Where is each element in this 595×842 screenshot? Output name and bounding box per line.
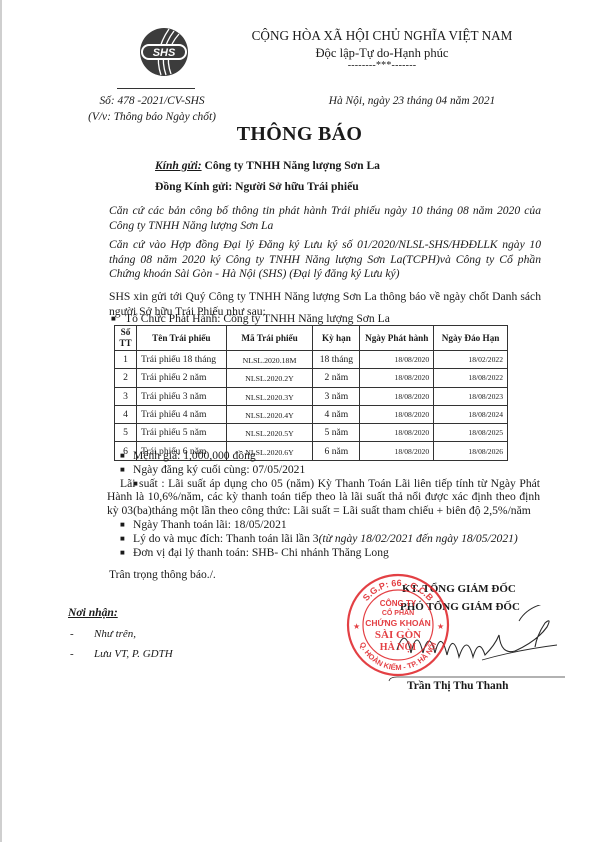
cell-maturity-date: 18/08/2025 — [434, 424, 508, 442]
table-row: 1 Trái phiếu 18 tháng NLSL.2020.18M 18 t… — [115, 351, 508, 369]
cell-issue-date: 18/08/2020 — [360, 369, 434, 387]
cell-code: NLSL.2020.18M — [226, 351, 313, 369]
cell-maturity-date: 18/08/2024 — [434, 405, 508, 423]
cell-code: NLSL.2020.2Y — [226, 369, 313, 387]
detail-face-value: ■ Mệnh giá: 1,000,000 đồng — [120, 449, 540, 463]
cell-maturity-date: 18/08/2023 — [434, 387, 508, 405]
svg-text:★: ★ — [437, 622, 444, 631]
receivers-label: Nơi nhận: — [68, 606, 118, 619]
bullet-icon: ■ — [120, 449, 125, 463]
svg-text:SÀI GÒN: SÀI GÒN — [375, 629, 421, 641]
receiver-item: -Lưu VT, P. GDTH — [70, 648, 173, 660]
cell-no: 2 — [115, 369, 137, 387]
recipient-label: Kính gửi: — [155, 159, 202, 172]
nation-heading: CỘNG HÒA XÃ HỘI CHỦ NGHĨA VIỆT NAM — [232, 27, 532, 45]
receiver-text: Như trên, — [94, 628, 136, 640]
recipient-line: Kính gửi: Công ty TNHH Năng lượng Sơn La — [155, 159, 380, 172]
cell-term: 5 năm — [313, 424, 360, 442]
cell-name: Trái phiếu 18 tháng — [136, 351, 226, 369]
detail-purpose: ■ Lý do và mục đích: Thanh toán lãi lần … — [120, 532, 540, 546]
cell-issue-date: 18/08/2020 — [360, 405, 434, 423]
cell-no: 1 — [115, 351, 137, 369]
cell-term: 3 năm — [313, 387, 360, 405]
bonds-table: Số TT Tên Trái phiếu Mã Trái phiếu Kỳ hạ… — [114, 325, 508, 461]
cell-term: 4 năm — [313, 405, 360, 423]
svg-text:SHS: SHS — [153, 47, 176, 59]
doc-header-left: Số: 478 -2021/CV-SHS (V/v: Thông báo Ngà… — [72, 93, 232, 125]
cell-name: Trái phiếu 3 năm — [136, 387, 226, 405]
cell-issue-date: 18/08/2020 — [360, 424, 434, 442]
legal-basis-1: Căn cứ các bản công bố thông tin phát hà… — [109, 204, 541, 233]
payment-date-text: Ngày Thanh toán lãi: 18/05/2021 — [133, 518, 287, 531]
cell-code: NLSL.2020.5Y — [226, 424, 313, 442]
purpose-text: Lý do và mục đích: Thanh toán lãi lần 3 — [133, 532, 319, 545]
detail-payment-date: ■ Ngày Thanh toán lãi: 18/05/2021 — [120, 518, 540, 532]
shs-logo: SHS — [139, 27, 189, 77]
cell-term: 18 tháng — [313, 351, 360, 369]
detail-paying-agent: ■ Đơn vị đại lý thanh toán: SHB- Chi nhá… — [120, 546, 540, 560]
svg-text:CHỨNG KHOÁN: CHỨNG KHOÁN — [365, 617, 431, 628]
face-value-text: Mệnh giá: 1,000,000 đồng — [133, 449, 256, 462]
col-header-name: Tên Trái phiếu — [136, 326, 226, 351]
detail-interest-rate: ■ Lãi suất : Lãi suất áp dụng cho 05 (nă… — [107, 477, 540, 518]
bullet-icon: ■ — [120, 477, 138, 491]
paying-agent-text: Đơn vị đại lý thanh toán: SHB- Chi nhánh… — [133, 546, 389, 559]
svg-text:HÀ NỘI: HÀ NỘI — [380, 640, 417, 653]
col-header-code: Mã Trái phiếu — [226, 326, 313, 351]
cell-name: Trái phiếu 4 năm — [136, 405, 226, 423]
cell-maturity-date: 18/02/2022 — [434, 351, 508, 369]
cell-no: 5 — [115, 424, 137, 442]
place-date: Hà Nội, ngày 23 tháng 04 năm 2021 — [302, 93, 522, 109]
col-header-term: Kỳ hạn — [313, 326, 360, 351]
receiver-item: -Như trên, — [70, 628, 136, 640]
table-row: 2 Trái phiếu 2 năm NLSL.2020.2Y 2 năm 18… — [115, 369, 508, 387]
page-title: THÔNG BÁO — [2, 123, 595, 146]
bullet-icon: ■ — [120, 532, 125, 546]
interest-rate-text: Lãi suất : Lãi suất áp dụng cho 05 (năm)… — [107, 477, 540, 518]
table-row: 4 Trái phiếu 4 năm NLSL.2020.4Y 4 năm 18… — [115, 405, 508, 423]
details-list: ■ Mệnh giá: 1,000,000 đồng ■ Ngày đăng k… — [120, 449, 540, 559]
detail-record-date: ■ Ngày đăng ký cuối cùng: 07/05/2021 — [120, 463, 540, 477]
svg-text:★: ★ — [353, 622, 360, 631]
doc-number: Số: 478 -2021/CV-SHS — [72, 93, 232, 109]
closing-line: Trân trọng thông báo./. — [109, 568, 216, 581]
dash-icon: - — [70, 648, 94, 660]
bullet-icon: ■ — [111, 312, 116, 326]
table-row: 5 Trái phiếu 5 năm NLSL.2020.5Y 5 năm 18… — [115, 424, 508, 442]
table-header-row: Số TT Tên Trái phiếu Mã Trái phiếu Kỳ hạ… — [115, 326, 508, 351]
company-stamp: S.G.P: 66 - C.C.B Q. HOÀN KIẾM - TP. HÀ … — [345, 573, 451, 677]
bullet-icon: ■ — [120, 546, 125, 560]
table-row: 3 Trái phiếu 3 năm NLSL.2020.3Y 3 năm 18… — [115, 387, 508, 405]
col-header-issue-date: Ngày Phát hành — [360, 326, 434, 351]
bullet-icon: ■ — [120, 463, 125, 477]
signer-name: Trần Thị Thu Thanh — [407, 680, 508, 692]
legal-basis-2: Căn cứ vào Hợp đồng Đại lý Đăng ký Lưu k… — [109, 238, 541, 282]
motto: Độc lập-Tự do-Hạnh phúc — [232, 45, 532, 61]
motto-divider: --------***------- — [232, 60, 532, 72]
cell-issue-date: 18/08/2020 — [360, 387, 434, 405]
logo-divider — [117, 88, 195, 89]
bullet-icon: ■ — [120, 518, 125, 532]
col-header-maturity-date: Ngày Đáo Hạn — [434, 326, 508, 351]
cell-code: NLSL.2020.4Y — [226, 405, 313, 423]
receiver-text: Lưu VT, P. GDTH — [94, 648, 173, 660]
cell-name: Trái phiếu 2 năm — [136, 369, 226, 387]
issuer-text: Tổ Chức Phát Hành: Công ty TNHH Năng lượ… — [125, 312, 390, 325]
purpose-period: (từ ngày 18/02/2021 đến ngày 18/05/2021) — [319, 532, 518, 545]
col-header-no: Số TT — [115, 326, 137, 351]
cell-issue-date: 18/08/2020 — [360, 351, 434, 369]
cell-code: NLSL.2020.3Y — [226, 387, 313, 405]
cell-no: 3 — [115, 387, 137, 405]
cell-no: 4 — [115, 405, 137, 423]
record-date-text: Ngày đăng ký cuối cùng: 07/05/2021 — [133, 463, 305, 476]
cell-name: Trái phiếu 5 năm — [136, 424, 226, 442]
cc-line: Đồng Kính gửi: Người Sở hữu Trái phiếu — [155, 180, 359, 193]
issuer-bullet: ■ Tổ Chức Phát Hành: Công ty TNHH Năng l… — [125, 312, 390, 326]
dash-icon: - — [70, 628, 94, 640]
cell-maturity-date: 18/08/2022 — [434, 369, 508, 387]
svg-text:CÔNG TY: CÔNG TY — [380, 599, 417, 608]
svg-text:CỔ PHẦN: CỔ PHẦN — [382, 607, 414, 617]
cell-term: 2 năm — [313, 369, 360, 387]
recipient-value: Công ty TNHH Năng lượng Sơn La — [202, 159, 380, 172]
